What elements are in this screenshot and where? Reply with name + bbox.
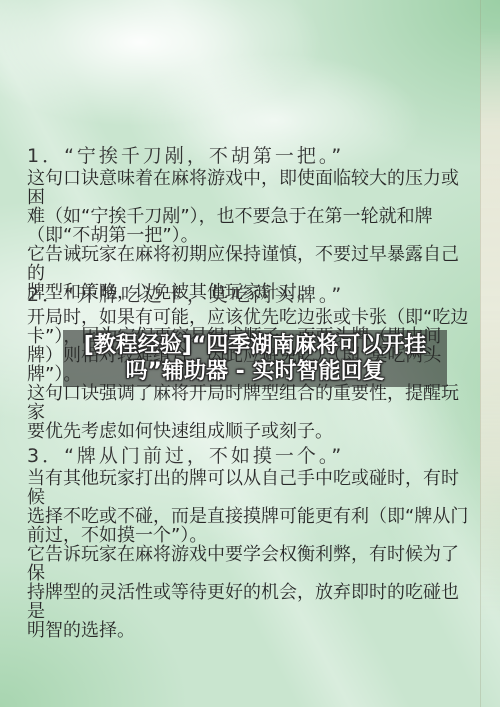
- tip-section-3: 3．“牌从门前过，不如摸一个。” 当有其他玩家打出的牌可以从自己手中吃或碰时，有…: [27, 446, 473, 640]
- ad-watermark-line1: [教程经验]“四季湖南麻将可以开挂: [84, 333, 427, 359]
- tip-1-body: 这句口诀意味着在麻将游戏中，即使面临较大的压力或困 难（如“宁挨千刀剐”），也不…: [27, 169, 473, 302]
- watercolor-page: 1．“宁挨千刀剐，不胡第一把。” 这句口诀意味着在麻将游戏中，即使面临较大的压力…: [0, 0, 500, 707]
- tip-3-body: 当有其他玩家打出的牌可以从自己手中吃或碰时，有时候 选择不吃或不碰，而是直接摸牌…: [27, 469, 473, 640]
- tip-1-title: 1．“宁挨千刀剐，不胡第一把。”: [27, 146, 473, 166]
- ad-watermark-banner: [教程经验]“四季湖南麻将可以开挂 吗”辅助器 - 实时智能回复: [63, 330, 447, 387]
- tip-section-1: 1．“宁挨千刀剐，不胡第一把。” 这句口诀意味着在麻将游戏中，即使面临较大的压力…: [27, 146, 473, 302]
- tip-2-title: 2．“开牌吃边卡，莫吃两头牌。”: [27, 285, 473, 305]
- ad-watermark-line2: 吗”辅助器 - 实时智能回复: [126, 359, 385, 385]
- tip-3-title: 3．“牌从门前过，不如摸一个。”: [27, 446, 473, 466]
